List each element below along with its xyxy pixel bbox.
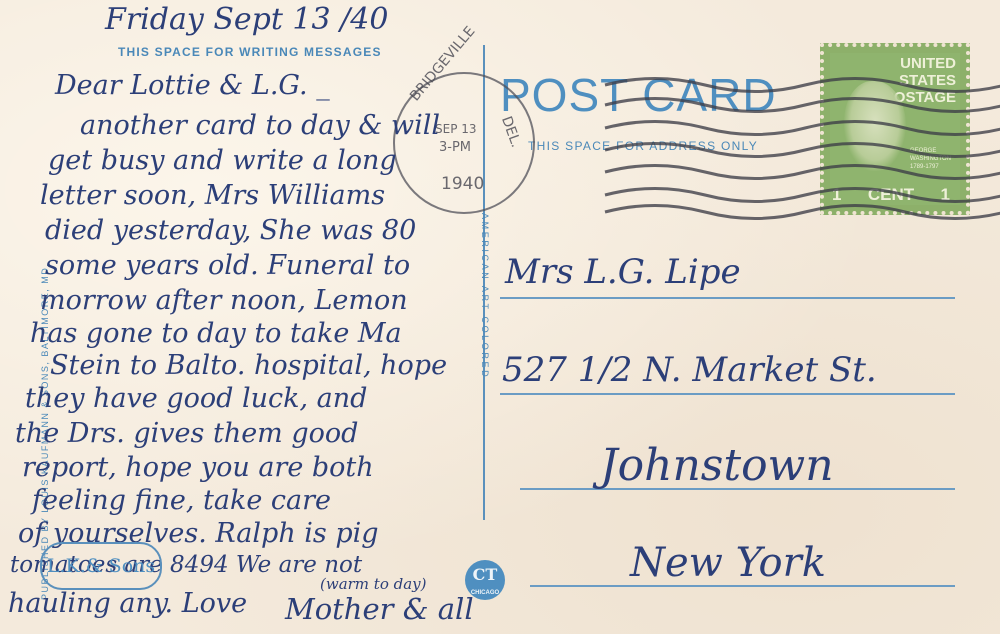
message-line: the Drs. gives them good [15, 418, 358, 449]
stamp-caption: GEORGE WASHINGTON 1789-1797 [910, 147, 951, 171]
address-street: 527 1/2 N. Market St. [502, 350, 877, 390]
process-credit: AMERICAN ART COLORED [480, 213, 490, 379]
message-aside: (warm to day) [320, 575, 427, 593]
postmark-town: BRIDGEVILLE [407, 23, 478, 104]
message-date: Friday Sept 13 /40 [105, 2, 388, 37]
message-line: Dear Lottie & L.G. _ [55, 70, 330, 101]
stamp-caption-line: WASHINGTON [910, 155, 951, 163]
printer-monogram: CT [465, 565, 505, 584]
postmark-circle: BRIDGEVILLE DEL. SEP 13 3-PM 1940 [393, 72, 535, 214]
message-line: they have good luck, and [25, 383, 367, 414]
postmark-year: 1940 [441, 174, 484, 194]
postmark-date: SEP 13 [435, 122, 477, 136]
message-line: get busy and write a long [48, 145, 397, 176]
postmark-time: 3-PM [439, 140, 471, 155]
message-line: letter soon, Mrs Williams [40, 180, 385, 211]
message-line: morrow after noon, Lemon [40, 285, 408, 316]
stamp-country-line: STATES [884, 72, 956, 89]
address-city: Johnstown [600, 440, 834, 491]
printer-city: CHICAGO [471, 590, 499, 596]
printer-logo-icon: CT CHICAGO [465, 560, 505, 600]
stamp-country-line: UNITED [884, 55, 956, 72]
address-space-header: THIS SPACE FOR ADDRESS ONLY [528, 139, 758, 153]
stamp-caption-line: 1789-1797 [910, 163, 951, 171]
message-line: has gone to day to take Ma [30, 318, 402, 349]
washington-portrait-icon [844, 81, 906, 171]
message-signature: Mother & all [285, 592, 474, 626]
publisher-logo: L.K.& Sons [40, 542, 162, 590]
message-line: feeling fine, take care [32, 485, 331, 516]
message-line: some years old. Funeral to [45, 250, 410, 281]
address-name: Mrs L.G. Lipe [505, 252, 741, 292]
postcard-title: POST CARD [500, 68, 777, 122]
postage-stamp: UNITED STATES POSTAGE GEORGE WASHINGTON … [820, 43, 970, 215]
postmark-state: DEL. [498, 114, 524, 149]
stamp-value: 1 CENT 1 [832, 185, 950, 205]
stamp-value-left: 1 [832, 185, 841, 205]
message-line: report, hope you are both [22, 452, 374, 483]
message-line: hauling any. Love [8, 588, 247, 619]
message-line: died yesterday, She was 80 [45, 215, 416, 246]
address-state: New York [630, 540, 826, 586]
address-line-2 [500, 393, 955, 395]
stamp-value-label: CENT [868, 185, 914, 205]
message-space-header: THIS SPACE FOR WRITING MESSAGES [118, 45, 382, 59]
stamp-value-right: 1 [941, 185, 950, 205]
message-line: Stein to Balto. hospital, hope [50, 350, 447, 381]
message-line: another card to day & will [80, 110, 440, 141]
stamp-caption-line: GEORGE [910, 147, 951, 155]
postcard-back: THIS SPACE FOR WRITING MESSAGES POST CAR… [0, 0, 1000, 634]
address-line-1 [500, 297, 955, 299]
